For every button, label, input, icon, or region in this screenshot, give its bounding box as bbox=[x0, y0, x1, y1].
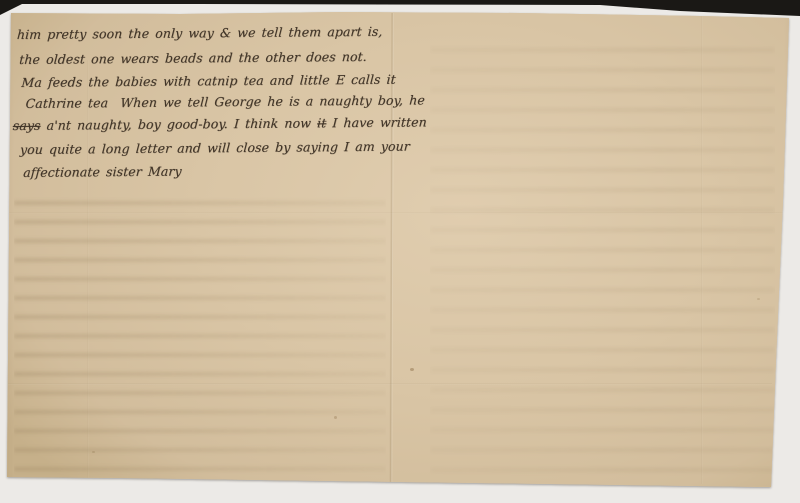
foxing-speck bbox=[757, 298, 760, 300]
letter-text-segment: I have written bbox=[326, 114, 427, 130]
letter-text-segment: the oldest one wears beads and the other… bbox=[19, 49, 368, 67]
foxing-speck bbox=[334, 416, 337, 419]
letter-text-segment: Ma feeds the babies with catnip tea and … bbox=[21, 72, 396, 90]
struck-word: says bbox=[12, 118, 41, 133]
foxing-speck bbox=[410, 368, 414, 371]
scanned-letter-scene: him pretty soon the only way & we tell t… bbox=[0, 0, 800, 503]
letter-line: him pretty soon the only way & we tell t… bbox=[17, 24, 383, 42]
letter-text-segment: a'nt naughty, boy good-boy. I think now bbox=[40, 115, 317, 132]
paper-wrapper: him pretty soon the only way & we tell t… bbox=[0, 0, 800, 503]
handwriting-block: him pretty soon the only way & we tell t… bbox=[0, 0, 522, 220]
letter-line: you quite a long letter and will close b… bbox=[20, 139, 411, 157]
ink-bleedthrough-left bbox=[14, 190, 386, 478]
letter-line: the oldest one wears beads and the other… bbox=[19, 49, 368, 67]
vertical-fold-crease-right bbox=[701, 16, 703, 484]
letter-text-segment: affectionate sister Mary bbox=[23, 164, 182, 180]
letter-line: affectionate sister Mary bbox=[23, 164, 182, 180]
foxing-speck bbox=[92, 451, 95, 453]
letter-text-segment: Cathrine tea When we tell George he is a… bbox=[25, 92, 425, 110]
letter-line: Cathrine tea When we tell George he is a… bbox=[25, 92, 425, 110]
horizontal-fold-crease-lower bbox=[8, 383, 772, 385]
letter-text-segment: you quite a long letter and will close b… bbox=[20, 139, 411, 157]
letter-line: Ma feeds the babies with catnip tea and … bbox=[21, 72, 396, 90]
letter-paper: him pretty soon the only way & we tell t… bbox=[0, 0, 800, 503]
letter-text-segment: him pretty soon the only way & we tell t… bbox=[17, 24, 383, 42]
letter-line: says a'nt naughty, boy good-boy. I think… bbox=[12, 114, 427, 133]
